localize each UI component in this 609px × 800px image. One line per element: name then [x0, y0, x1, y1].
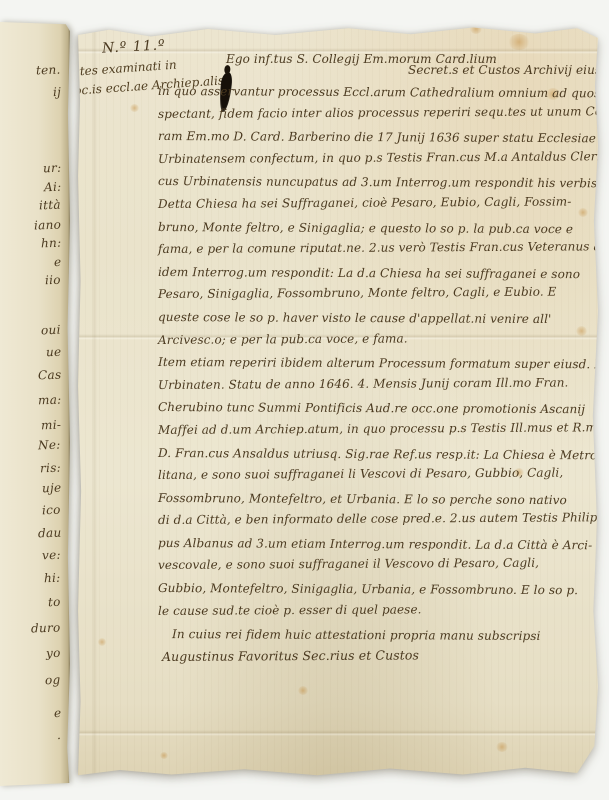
- handwriting-line: Detta Chiesa ha sei Suffraganei, cioè Pe…: [158, 190, 586, 215]
- edge-text-fragment: ittà: [39, 198, 61, 213]
- foxing-stain: [470, 24, 482, 34]
- edge-text-fragment: to: [48, 595, 61, 609]
- edge-text-fragment: dau: [37, 526, 61, 541]
- edge-text-fragment: ris:: [40, 461, 61, 476]
- edge-text-fragment: duro: [31, 620, 61, 635]
- edge-text-fragment: iano: [34, 218, 62, 233]
- handwriting-line: le cause sud.te cioè p. esser di quel pa…: [158, 597, 586, 622]
- edge-text-fragment: ve:: [42, 548, 61, 563]
- manuscript-text: Ego inf.tus S. Collegij Em.morum Card.li…: [158, 46, 586, 668]
- edge-text-fragment: ue: [45, 345, 61, 360]
- foxing-stain: [160, 752, 168, 759]
- handwriting-line: Pesaro, Sinigaglia, Fossombruno, Monte f…: [158, 281, 586, 306]
- edge-text-fragment: mi-: [41, 418, 62, 433]
- edge-text-fragment: oui: [41, 323, 61, 338]
- edge-text-fragment: .: [57, 728, 62, 742]
- edge-text-fragment: ma:: [37, 393, 61, 408]
- edge-text-fragment: ij: [53, 85, 62, 99]
- handwriting-line: fama, e per la comune riputat.ne. 2.us v…: [158, 236, 586, 261]
- handwriting-line: litana, e sono suoi suffraganei li Vesco…: [158, 461, 586, 486]
- handwriting-line: Maffei ad d.um Archiep.atum, in quo proc…: [158, 416, 586, 441]
- foxing-stain: [496, 742, 508, 752]
- paper-crease: [78, 730, 598, 736]
- edge-text-fragment: yo: [46, 646, 61, 661]
- page-heading-number: N.º 11.º: [102, 37, 166, 56]
- handwriting-line: Arcivesc.o; e per la pub.ca voce, e fama…: [158, 326, 586, 351]
- edge-text-fragment: ur:: [42, 161, 61, 176]
- edge-text-fragment: e: [53, 255, 61, 269]
- edge-text-fragment: Ne:: [38, 438, 61, 453]
- handwriting-line: Urbinaten. Statu de anno 1646. 4. Mensis…: [158, 371, 586, 396]
- handwriting-line: Secret.s et Custos Archivij eiusd.: [408, 59, 609, 82]
- handwriting-opening-line: Ego inf.tus S. Collegij Em.morum Card.li…: [158, 46, 586, 80]
- paper-crease: [92, 26, 97, 776]
- left-page-edge-paper: ten. ij ur: Ai: ittà iano hn: e iio oui …: [0, 22, 70, 786]
- handwriting-line: spectant, fidem facio inter alios proces…: [158, 100, 586, 125]
- handwriting-line: vescovale, e sono suoi suffraganei il Ve…: [158, 552, 586, 577]
- edge-text-fragment: ico: [42, 503, 61, 518]
- edge-text-fragment: ten.: [36, 63, 61, 78]
- edge-text-fragment: uje: [41, 481, 61, 496]
- manuscript-paper: N.º 11.º Testes examinati in proc.is ecc…: [78, 26, 598, 776]
- edge-text-fragment: e: [53, 706, 61, 720]
- foxing-stain: [130, 104, 139, 112]
- edge-text-fragment: Ai:: [43, 180, 61, 195]
- edge-text-fragment: hn:: [40, 236, 61, 251]
- left-page-edge: ten. ij ur: Ai: ittà iano hn: e iio oui …: [0, 22, 70, 786]
- foxing-stain: [298, 686, 308, 695]
- handwriting-line: Urbinatensem confectum, in quo p.s Testi…: [158, 145, 586, 170]
- edge-text-fragment: iio: [45, 273, 61, 288]
- foxing-stain: [98, 638, 106, 646]
- signature-line: Augustinus Favoritus Sec.rius et Custos: [158, 643, 586, 668]
- edge-text-fragment: og: [45, 673, 61, 688]
- handwriting-line: di d.a Città, e ben informato delle cose…: [158, 507, 586, 532]
- edge-text-fragment: hi:: [44, 571, 61, 586]
- edge-text-fragment: Cas: [37, 368, 61, 383]
- manuscript-page: N.º 11.º Testes examinati in proc.is ecc…: [78, 26, 598, 776]
